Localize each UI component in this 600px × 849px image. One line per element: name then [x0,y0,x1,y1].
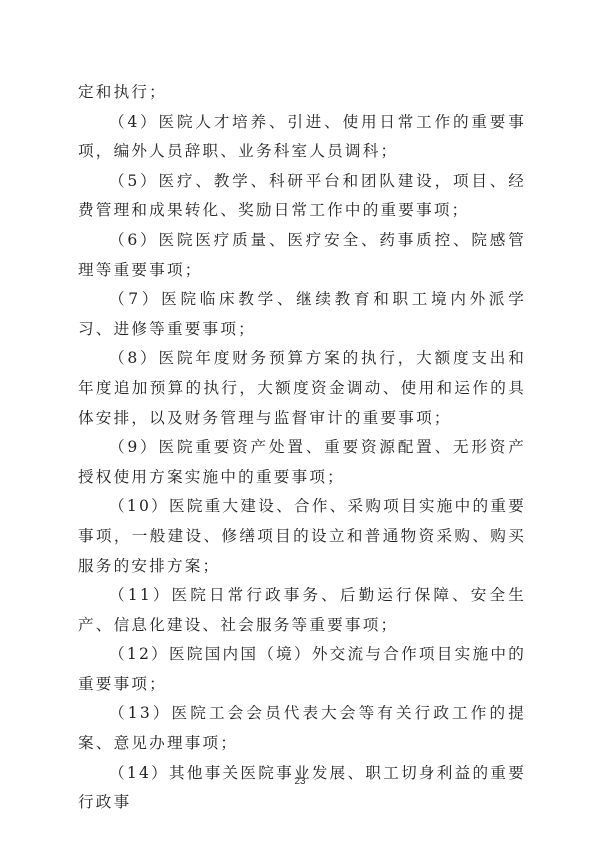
paragraph-item-11: （11）医院日常行政事务、后勤运行保障、安全生产、信息化建设、社会服务等重要事项… [78,581,526,640]
paragraph-item-7: （7）医院临床教学、继续教育和职工境内外派学习、进修等重要事项； [78,285,526,344]
paragraph-item-13: （13）医院工会会员代表大会等有关行政工作的提案、意见办理事项； [78,699,526,758]
paragraph-item-10: （10）医院重大建设、合作、采购项目实施中的重要事项，一般建设、修缮项目的设立和… [78,492,526,581]
paragraph-item-9: （9）医院重要资产处置、重要资源配置、无形资产授权使用方案实施中的重要事项； [78,433,526,492]
paragraph-item-4: （4）医院人才培养、引进、使用日常工作的重要事项，编外人员辞职、业务科室人员调科… [78,108,526,167]
paragraph-continuation: 定和执行； [78,78,526,108]
page-number: 23 [0,776,600,787]
body-text: 定和执行； （4）医院人才培养、引进、使用日常工作的重要事项，编外人员辞职、业务… [78,78,526,818]
document-page: 定和执行； （4）医院人才培养、引进、使用日常工作的重要事项，编外人员辞职、业务… [0,0,600,849]
paragraph-item-6: （6）医院医疗质量、医疗安全、药事质控、院感管理等重要事项； [78,226,526,285]
paragraph-item-12: （12）医院国内国（境）外交流与合作项目实施中的重要事项； [78,640,526,699]
paragraph-item-5: （5）医疗、教学、科研平台和团队建设，项目、经费管理和成果转化、奖励日常工作中的… [78,167,526,226]
paragraph-item-8: （8）医院年度财务预算方案的执行，大额度支出和年度追加预算的执行，大额度资金调动… [78,344,526,433]
paragraph-item-14: （14）其他事关医院事业发展、职工切身利益的重要行政事 [78,759,526,818]
